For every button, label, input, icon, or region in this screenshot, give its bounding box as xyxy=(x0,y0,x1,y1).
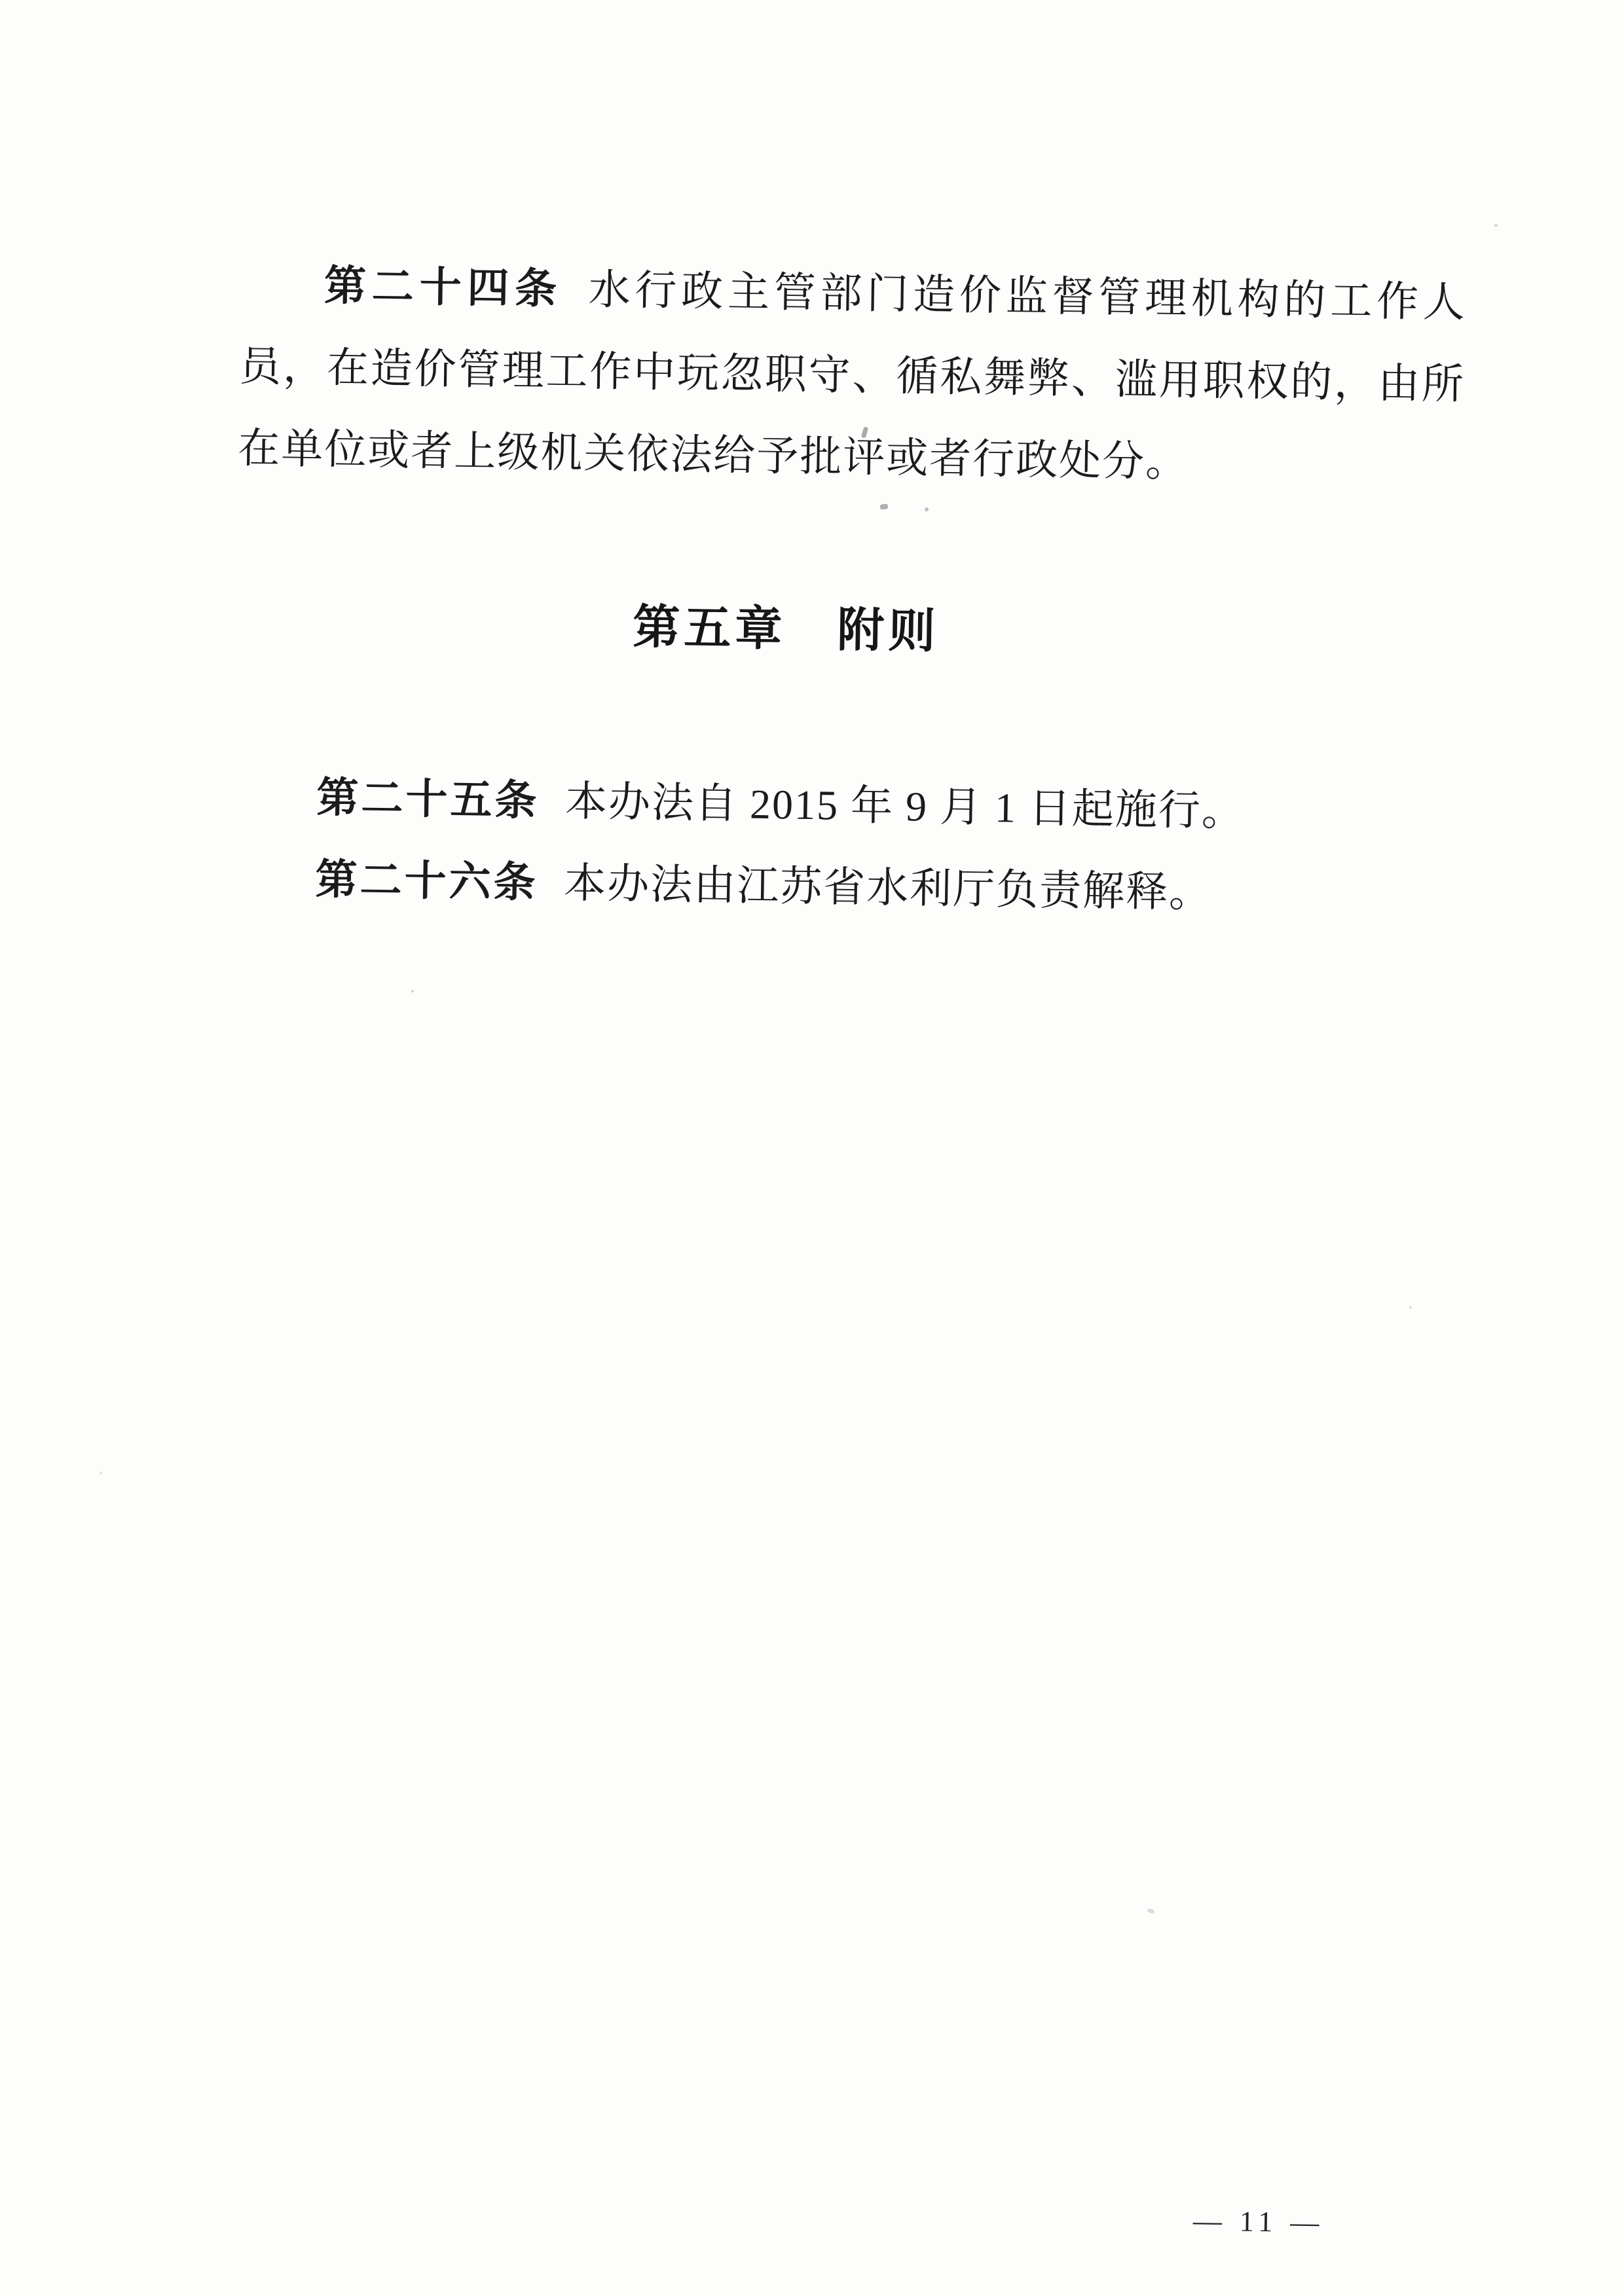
scan-speck xyxy=(100,1472,102,1474)
scan-speck xyxy=(1494,224,1498,227)
scan-speck xyxy=(411,990,414,993)
article-26-term: 第二十六条 xyxy=(315,856,538,906)
article-25-term: 第二十五条 xyxy=(316,774,540,824)
scanned-document-page: 第二十四条水行政主管部门造价监督管理机构的工作人员，在造价管理工作中玩忽职守、循… xyxy=(0,0,1624,2296)
scan-speck xyxy=(1147,1908,1154,1914)
article-24-term: 第二十四条 xyxy=(324,262,563,312)
scan-speck xyxy=(1409,1306,1412,1309)
page-number: — 11 — xyxy=(1193,2204,1325,2240)
article-24-paragraph: 第二十四条水行政主管部门造价监督管理机构的工作人员，在造价管理工作中玩忽职守、循… xyxy=(237,244,1466,507)
chapter-heading: 第五章 附则 xyxy=(235,587,1462,674)
article-26-text: 本办法由江苏省水利厅负责解释。 xyxy=(564,860,1213,916)
article-26-paragraph: 第二十六条本办法由江苏省水利厅负责解释。 xyxy=(231,837,1458,938)
article-25-text: 本办法自 2015 年 9 月 1 日起施行。 xyxy=(565,778,1246,834)
document-body: 第二十四条水行政主管部门造价监督管理机构的工作人员，在造价管理工作中玩忽职守、循… xyxy=(231,244,1467,938)
